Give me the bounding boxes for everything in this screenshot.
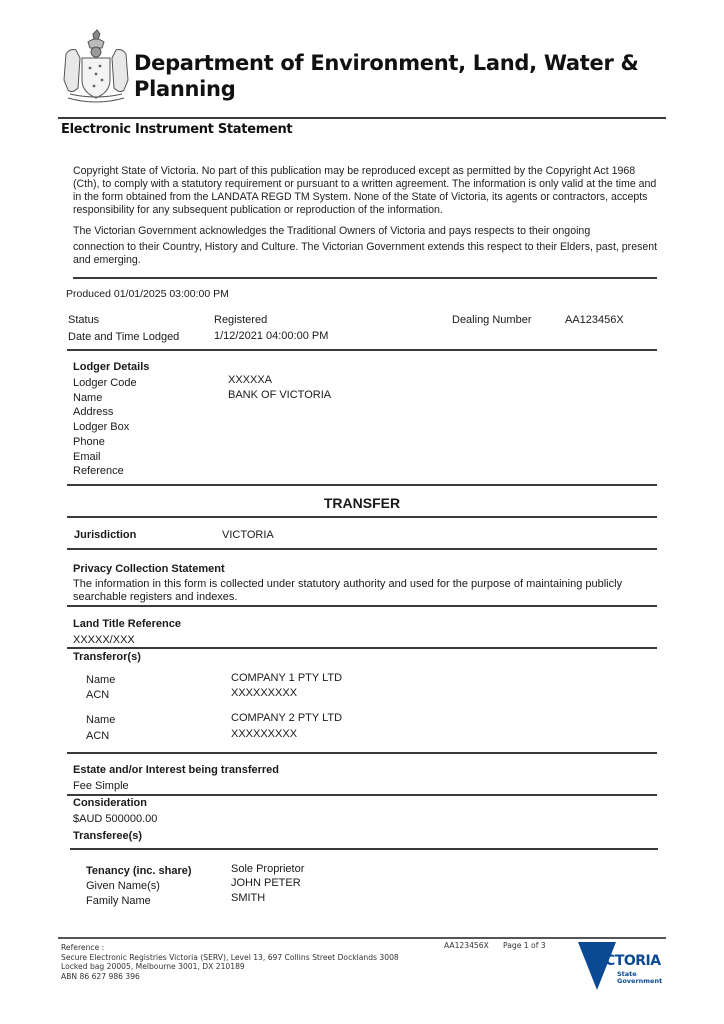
notices-divider — [73, 277, 657, 279]
footer-dealing-number: AA123456X — [444, 941, 489, 951]
footer-reference: Reference : — [61, 943, 399, 953]
lodger-address-label: Address — [73, 405, 137, 420]
footer-address-line1: Secure Electronic Registries Victoria (S… — [61, 953, 399, 963]
consideration-heading: Consideration — [73, 796, 147, 810]
lodger-name-label: Name — [73, 391, 137, 406]
transferor-2-name-label: Name — [86, 713, 115, 727]
copyright-notice: Copyright State of Victoria. No part of … — [73, 165, 659, 217]
victoria-logo-text: VICTORIA — [590, 953, 661, 969]
transferor-2-name: COMPANY 2 PTY LTD — [231, 711, 342, 725]
coat-of-arms-logo — [60, 28, 132, 106]
consideration-value: $AUD 500000.00 — [73, 812, 157, 826]
lodger-code-label: Lodger Code — [73, 376, 137, 391]
victoria-coat-of-arms-icon — [60, 28, 132, 106]
lodger-email-label: Email — [73, 450, 137, 465]
acknowledgement-rest: connection to their Country, History and… — [73, 241, 659, 267]
transferor-1-acn-label: ACN — [86, 688, 109, 702]
lodger-labels: Lodger Code Name Address Lodger Box Phon… — [73, 376, 137, 479]
tenancy-label: Tenancy (inc. share) — [86, 864, 192, 878]
jurisdiction-divider — [67, 548, 657, 550]
dealing-number-value: AA123456X — [565, 313, 624, 327]
department-title: Department of Environment, Land, Water &… — [134, 50, 639, 102]
footer-address-line2: Locked bag 20005, Melbourne 3001, DX 210… — [61, 962, 399, 972]
transferor-2-acn: XXXXXXXXX — [231, 727, 297, 741]
acknowledgement-line1: The Victorian Government acknowledges th… — [73, 225, 659, 238]
land-title-heading: Land Title Reference — [73, 617, 181, 631]
given-name-value: JOHN PETER — [231, 876, 301, 890]
transferees-heading: Transferee(s) — [73, 829, 142, 843]
family-name-value: SMITH — [231, 891, 265, 905]
estate-heading: Estate and/or Interest being transferred — [73, 763, 279, 777]
given-name-label: Given Name(s) — [86, 879, 160, 893]
produced-timestamp: Produced 01/01/2025 03:00:00 PM — [66, 288, 229, 301]
privacy-text: The information in this form is collecte… — [73, 578, 633, 604]
lodger-code-value: XXXXXA — [228, 373, 272, 387]
dealing-number-label: Dealing Number — [452, 313, 531, 327]
jurisdiction-label: Jurisdiction — [74, 528, 136, 542]
tenancy-value: Sole Proprietor — [231, 862, 304, 876]
transferor-2-acn-label: ACN — [86, 729, 109, 743]
lodged-value: 1/12/2021 04:00:00 PM — [214, 329, 328, 343]
footer-page-number: Page 1 of 3 — [503, 941, 546, 951]
transferor-1-name: COMPANY 1 PTY LTD — [231, 671, 342, 685]
footer-abn: ABN 86 627 986 396 — [61, 972, 399, 982]
footer-divider — [58, 937, 666, 939]
lodger-reference-label: Reference — [73, 464, 137, 479]
family-name-label: Family Name — [86, 894, 151, 908]
lodger-divider — [67, 484, 657, 486]
transferors-heading: Transferor(s) — [73, 650, 141, 664]
transfer-divider — [67, 516, 657, 518]
lodger-name-value: BANK OF VICTORIA — [228, 388, 331, 402]
status-value: Registered — [214, 313, 267, 327]
status-label: Status — [68, 313, 99, 327]
instrument-type-heading: TRANSFER — [67, 495, 657, 511]
footer-address-block: Reference : Secure Electronic Registries… — [61, 943, 399, 981]
transferees-divider — [70, 848, 658, 850]
land-title-value: XXXXX/XXX — [73, 633, 135, 647]
department-title-line2: Planning — [134, 76, 639, 102]
jurisdiction-value: VICTORIA — [222, 528, 274, 542]
transferor-1-name-label: Name — [86, 673, 115, 687]
department-title-line1: Department of Environment, Land, Water & — [134, 50, 639, 76]
land-title-divider — [67, 647, 657, 649]
victoria-state-government-logo: VICTORIA State Government — [578, 940, 668, 992]
transferors-divider — [67, 752, 657, 754]
privacy-divider — [67, 605, 657, 607]
header-divider — [58, 117, 666, 119]
victoria-logo-sub2: Government — [617, 978, 662, 985]
lodger-box-label: Lodger Box — [73, 420, 137, 435]
document-subtitle: Electronic Instrument Statement — [61, 122, 292, 137]
estate-divider — [67, 794, 657, 796]
summary-divider — [67, 349, 657, 351]
transferor-1-acn: XXXXXXXXX — [231, 686, 297, 700]
lodger-phone-label: Phone — [73, 435, 137, 450]
privacy-heading: Privacy Collection Statement — [73, 562, 225, 576]
estate-value: Fee Simple — [73, 779, 129, 793]
lodged-label: Date and Time Lodged — [68, 330, 179, 344]
lodger-heading: Lodger Details — [73, 360, 149, 374]
